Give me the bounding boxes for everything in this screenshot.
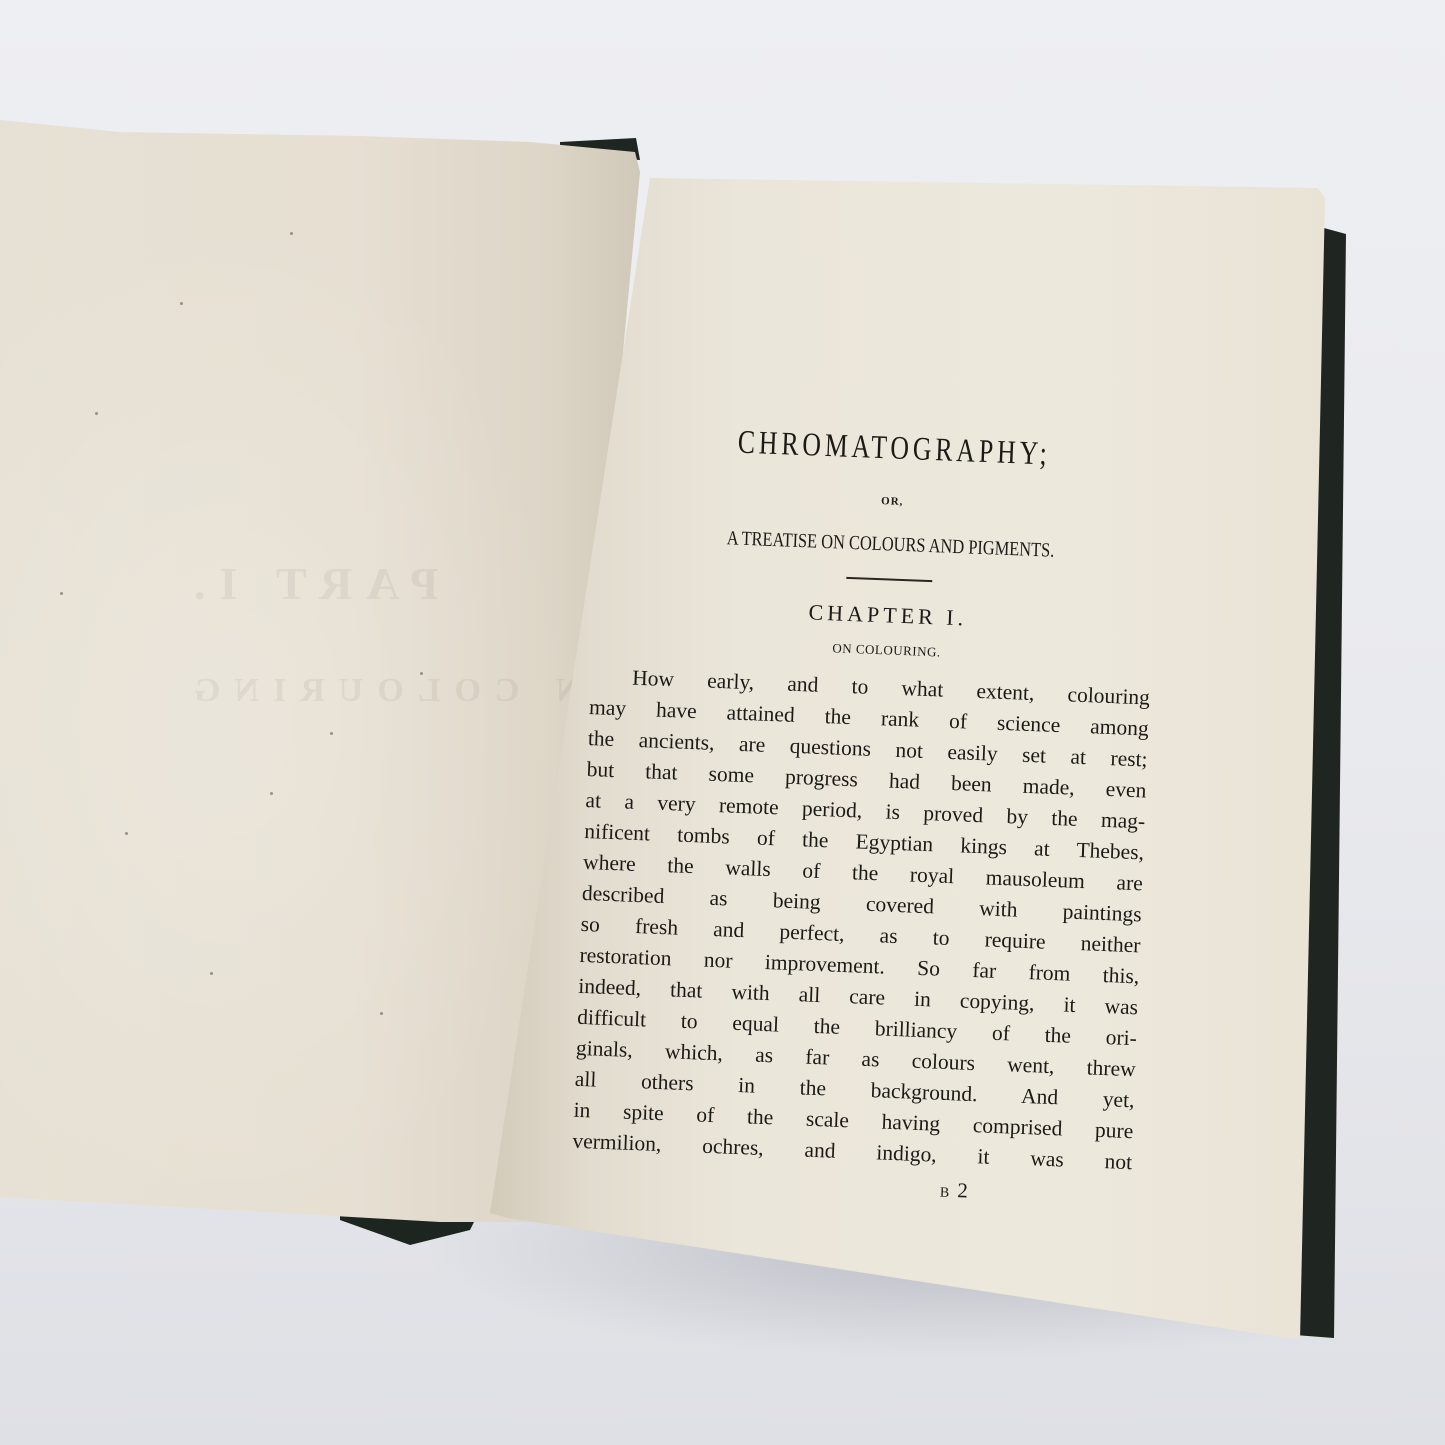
foxing-spot: [125, 832, 128, 835]
signature-mark: B2: [940, 1178, 969, 1204]
chapter-heading: CHAPTER I.: [623, 592, 1154, 638]
foxing-spot: [330, 732, 333, 735]
body-text: How early, and to what extent, colouring…: [572, 661, 1151, 1178]
foxing-spot: [210, 972, 213, 975]
foxing-spot: [95, 412, 98, 415]
foxing-spot: [270, 792, 273, 795]
signature-number: 2: [957, 1178, 968, 1202]
foxing-spot: [380, 1012, 383, 1015]
divider-rule: [846, 577, 932, 582]
book-photo: PART I. ON COLOURING CHROMATOGRAPHY; OR,…: [0, 0, 1445, 1445]
book-subtitle: A TREATISE ON COLOURS AND PIGMENTS.: [673, 525, 1108, 565]
show-through-text: PART I.: [180, 557, 438, 610]
show-through-text: ON COLOURING: [180, 672, 621, 710]
page-text-block: CHROMATOGRAPHY; OR, A TREATISE ON COLOUR…: [572, 419, 1160, 1178]
foxing-spot: [60, 592, 63, 595]
section-heading: ON COLOURING.: [621, 632, 1151, 668]
foxing-spot: [180, 302, 183, 305]
signature-letter: B: [940, 1186, 950, 1201]
foxing-spot: [420, 672, 423, 675]
title-conjunction: OR,: [627, 485, 1157, 517]
foxing-spot: [290, 232, 293, 235]
